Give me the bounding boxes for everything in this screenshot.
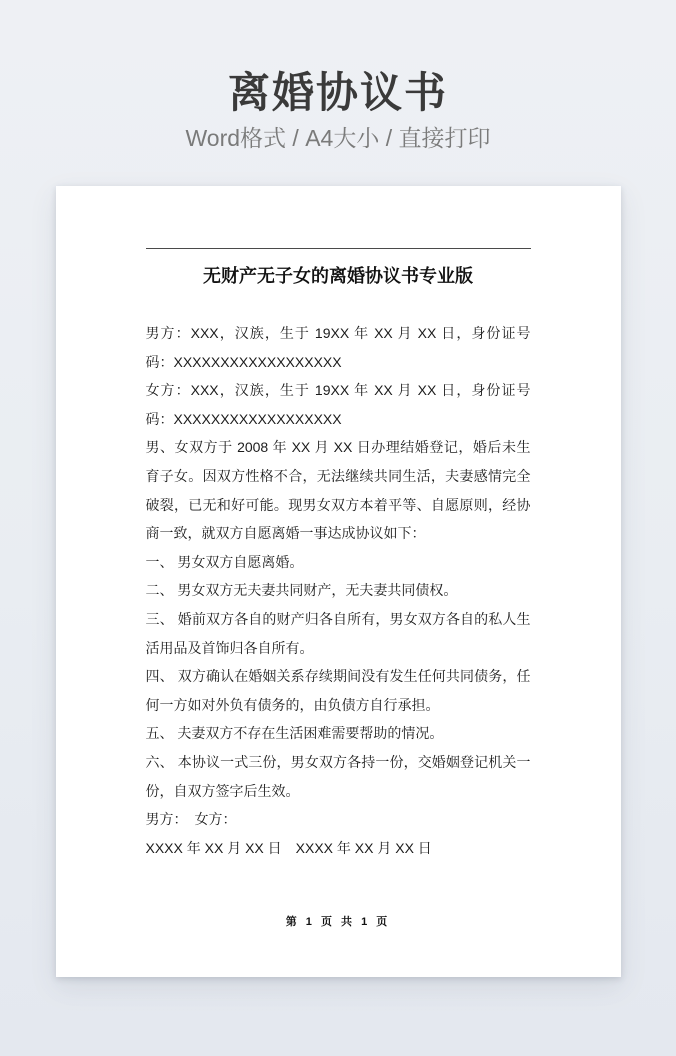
document-paragraph: 二、 男女双方无夫妻共同财产，无夫妻共同债权。 <box>146 576 531 605</box>
document-paragraph: 一、 男女双方自愿离婚。 <box>146 548 531 577</box>
template-title: 离婚协议书 <box>0 70 676 116</box>
document-title: 无财产无子女的离婚协议书专业版 <box>146 263 531 289</box>
template-subtitle: Word格式 / A4大小 / 直接打印 <box>0 124 676 152</box>
template-header: 离婚协议书 Word格式 / A4大小 / 直接打印 <box>0 0 676 152</box>
page-header-rule <box>146 186 531 249</box>
page-number-footer: 第 1 页 共 1 页 <box>56 915 621 929</box>
document-paragraph: 四、 双方确认在婚姻关系存续期间没有发生任何共同债务，任何一方如对外负有债务的，… <box>146 662 531 719</box>
page: { "header": { "title": "离婚协议书", "subtitl… <box>0 0 676 1056</box>
document-paragraph: 六、 本协议一式三份，男女双方各持一份，交婚姻登记机关一份，自双方签字后生效。 <box>146 748 531 805</box>
document-paragraph: 五、 夫妻双方不存在生活困难需要帮助的情况。 <box>146 719 531 748</box>
document-paragraph: 男方： 女方： <box>146 805 531 834</box>
document-paragraph: 男、女双方于 2008 年 XX 月 XX 日办理结婚登记，婚后未生育子女。因双… <box>146 433 531 547</box>
document-paragraph: 三、 婚前双方各自的财产归各自所有，男女双方各自的私人生活用品及首饰归各自所有。 <box>146 605 531 662</box>
document-paragraph: XXXX 年 XX 月 XX 日 XXXX 年 XX 月 XX 日 <box>146 834 531 863</box>
document-page: 无财产无子女的离婚协议书专业版 男方：XXX，汉族，生于 19XX 年 XX 月… <box>56 186 621 977</box>
document-body: 男方：XXX，汉族，生于 19XX 年 XX 月 XX 日，身份证号码：XXXX… <box>146 319 531 862</box>
document-paragraph: 女方：XXX，汉族，生于 19XX 年 XX 月 XX 日，身份证号码：XXXX… <box>146 376 531 433</box>
document-paragraph: 男方：XXX，汉族，生于 19XX 年 XX 月 XX 日，身份证号码：XXXX… <box>146 319 531 376</box>
